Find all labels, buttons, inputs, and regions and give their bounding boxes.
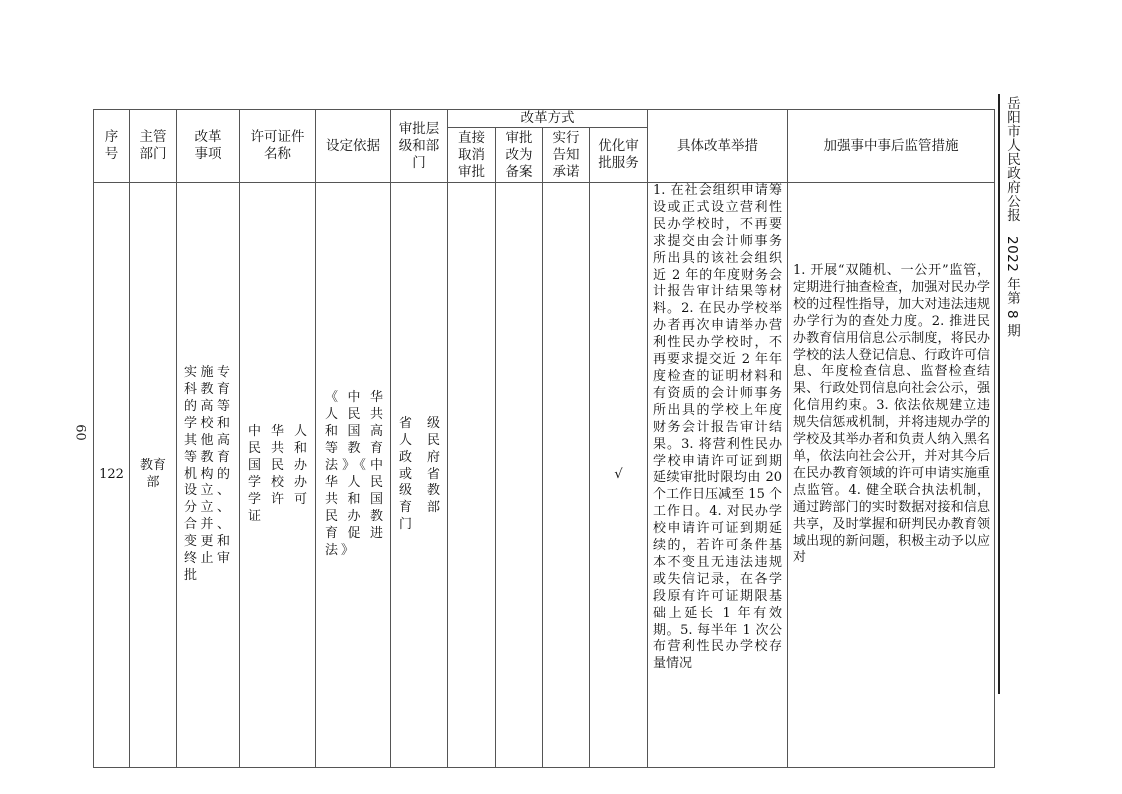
header-dept: 主管部门 [130,110,177,183]
cell-method-commitment [543,183,590,768]
table-row: 122 教育部 实施专科教育的高等学校和其他高等教育机构的设立、分立、合并、变更… [94,183,995,768]
header-supervision: 加强事中事后监管措施 [788,110,995,183]
header-method-optimize: 优化审批服务 [590,128,648,183]
header-level: 审批层级和部门 [391,110,448,183]
header-measures: 具体改革举措 [648,110,788,183]
reform-table: 序号 主管部门 改革事项 许可证件名称 设定依据 审批层级和部门 改革方式 具体… [93,109,995,768]
publication-title: 岳阳市人民政府公报 [1004,96,1020,222]
cell-level: 省级人民政府或省级教育部门 [391,183,448,768]
cell-method-cancel [448,183,496,768]
header-item: 改革事项 [177,110,240,183]
cell-method-filing [496,183,543,768]
cell-measures: 1. 在社会组织申请筹设或正式设立营利性民办学校时，不再要求提交由会计师事务所出… [648,183,788,768]
cell-method-optimize-check: √ [590,183,648,768]
header-method-cancel: 直接取消审批 [448,128,496,183]
header-license: 许可证件名称 [240,110,316,183]
cell-dept: 教育部 [130,183,177,768]
header-basis: 设定依据 [316,110,391,183]
cell-seq: 122 [94,183,130,768]
cell-basis: 《中华人民共和国高等教育法》《中华人民共和国民办教育促进法》 [316,183,391,768]
cell-license: 中华人民共和国民办学校办学许可证 [240,183,316,768]
header-method-commitment: 实行告知承诺 [543,128,590,183]
cell-supervision: 1. 开展“双随机、一公开”监管，定期进行抽查检查，加强对民办学校的过程性指导，… [788,183,995,768]
header-reform-group: 改革方式 [448,110,648,128]
header-seq: 序号 [94,110,130,183]
side-divider-rule [998,94,1000,694]
side-header: 岳阳市人民政府公报2022 年第 8 期 [1002,96,1022,338]
header-method-filing: 审批改为备案 [496,128,543,183]
issue-label: 2022 年第 8 期 [1004,236,1020,338]
page-number: 60 [73,421,88,445]
cell-item: 实施专科教育的高等学校和其他高等教育机构的设立、分立、合并、变更和终止审批 [177,183,240,768]
